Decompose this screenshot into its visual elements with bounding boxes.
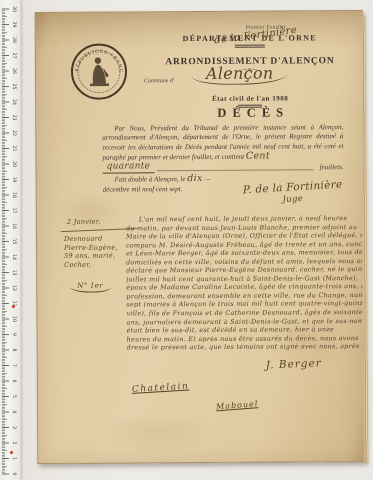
republic-seal-stamp: RÉPUBLIQUE FRANÇAISE xyxy=(69,41,129,101)
svg-text:3: 3 xyxy=(11,426,17,429)
paper-stain xyxy=(98,412,218,453)
margin-date: 2 Janvier, xyxy=(67,218,101,226)
ornament-rule xyxy=(235,44,265,48)
svg-text:21: 21 xyxy=(11,146,17,152)
witness-signature-berger: J. Berger xyxy=(266,357,322,371)
act-number: N° 1er xyxy=(69,281,111,293)
count-row: quarante feuillets. xyxy=(103,161,344,174)
death-act-body: L'an mil neuf cent huit, le jeudi deux j… xyxy=(126,215,363,353)
svg-text:9: 9 xyxy=(11,333,17,336)
svg-text:13: 13 xyxy=(11,270,17,276)
svg-text:6: 6 xyxy=(11,380,17,383)
ruler-ticks: 0123456789101112131415161718192021222324… xyxy=(0,0,21,480)
commune-handwritten-value: Alençon xyxy=(192,63,288,85)
etat-civil-text: État civil de l'an 1908 xyxy=(212,94,288,102)
commune-row: Commune d' Alençon xyxy=(144,63,373,92)
witness-signature-bottom: Mabouel xyxy=(216,399,259,411)
svg-text:5: 5 xyxy=(11,395,17,398)
svg-text:18: 18 xyxy=(11,192,17,198)
commune-label: Commune d' xyxy=(144,78,174,84)
svg-text:30: 30 xyxy=(11,6,17,12)
archival-scan: 0123456789101112131415161718192021222324… xyxy=(0,0,373,480)
svg-text:28: 28 xyxy=(11,37,17,43)
svg-text:16: 16 xyxy=(11,223,17,229)
svg-text:20: 20 xyxy=(11,161,17,167)
red-registration-mark xyxy=(10,451,13,454)
svg-text:23: 23 xyxy=(11,115,17,121)
deces-title: DÉCÈS xyxy=(130,105,370,121)
svg-text:1: 1 xyxy=(11,457,17,460)
svg-text:10: 10 xyxy=(11,316,17,322)
handwritten-date: dix xyxy=(187,173,202,184)
departement-text: DÉPARTEMENT DE L'ORNE xyxy=(183,33,317,43)
act-line: dressé le présent acte, que les témoins … xyxy=(127,343,363,353)
svg-text:15: 15 xyxy=(11,239,17,245)
fill-line xyxy=(156,169,313,172)
svg-text:14: 14 xyxy=(11,254,17,260)
feuillets-label: feuillets. xyxy=(320,163,344,172)
svg-text:12: 12 xyxy=(11,285,17,291)
preamble-text: Par Nous, Président du Tribunal de premi… xyxy=(102,123,343,161)
register-cover-page: RÉPUBLIQUE FRANÇAISE Premier Feuillet. d… xyxy=(35,10,366,464)
fait-double-text: Fait double à Alençon, le xyxy=(115,176,186,184)
svg-text:25: 25 xyxy=(11,84,17,90)
seated-figure-icon xyxy=(90,57,109,86)
svg-text:4: 4 xyxy=(11,411,17,414)
svg-text:27: 27 xyxy=(11,53,17,59)
witness-signature-left: Chatelain xyxy=(132,382,190,395)
handwritten-count-1: Cent xyxy=(246,150,270,161)
departement-title: DÉPARTEMENT DE L'ORNE xyxy=(130,33,370,48)
svg-text:0: 0 xyxy=(11,473,17,476)
svg-text:19: 19 xyxy=(11,177,17,183)
measuring-ruler: 0123456789101112131415161718192021222324… xyxy=(0,0,21,480)
red-registration-mark xyxy=(12,305,15,308)
svg-text:22: 22 xyxy=(11,130,17,136)
svg-text:7: 7 xyxy=(11,364,17,367)
svg-text:8: 8 xyxy=(11,349,17,352)
svg-text:17: 17 xyxy=(11,208,17,214)
judge-signature-block: P. de la Fortinière Juge xyxy=(233,181,353,205)
svg-text:24: 24 xyxy=(11,99,17,105)
svg-text:26: 26 xyxy=(11,68,17,74)
handwritten-count-2: quarante xyxy=(103,162,155,174)
svg-text:2: 2 xyxy=(11,442,17,445)
svg-text:29: 29 xyxy=(11,22,17,28)
paper-stain xyxy=(55,192,125,232)
